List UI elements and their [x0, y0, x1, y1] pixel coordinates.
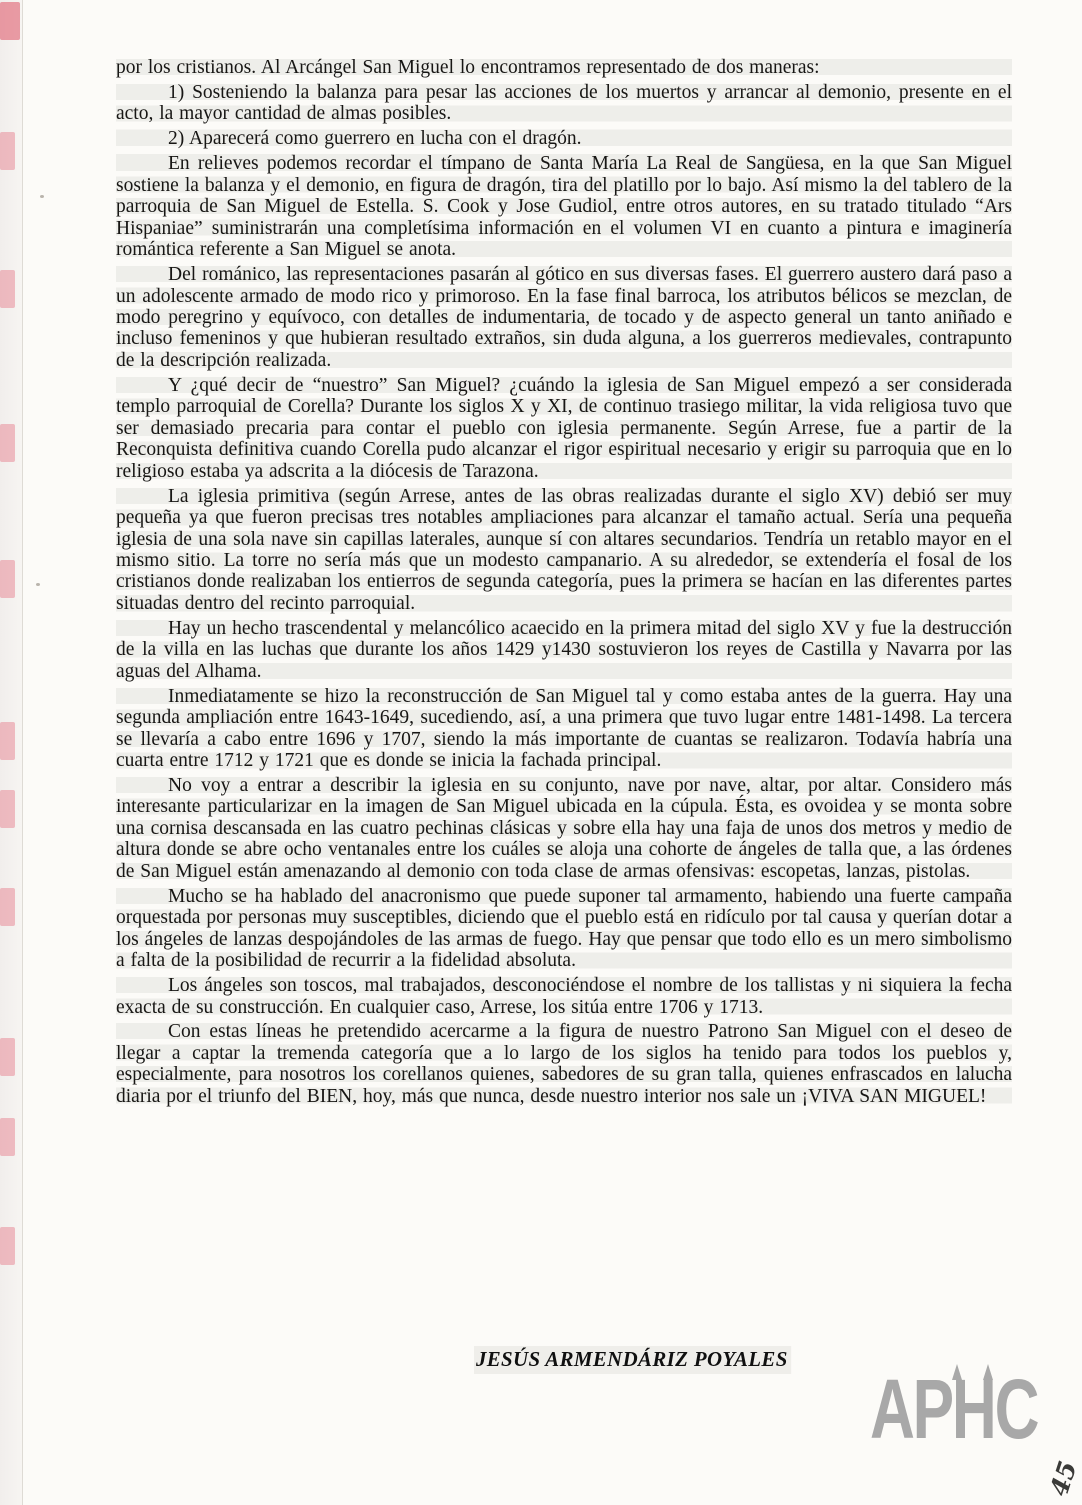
paragraph: Y ¿qué decir de “nuestro” San Miguel? ¿c…	[116, 375, 1012, 482]
watermark-spire-icon	[952, 1364, 962, 1380]
paragraph: Los ángeles son toscos, mal trabajados, …	[116, 975, 1012, 1018]
scan-edge-mark	[0, 1118, 15, 1156]
paragraph: 2) Aparecerá como guerrero en lucha con …	[116, 128, 1012, 149]
scan-edge-mark	[0, 1227, 15, 1265]
scan-edge-mark	[0, 132, 15, 170]
handwritten-page-number: 45	[1044, 1457, 1082, 1499]
paragraph: No voy a entrar a describir la iglesia e…	[116, 775, 1012, 882]
scan-edge-mark	[0, 790, 15, 828]
scan-edge-mark	[0, 1038, 15, 1076]
paragraph: por los cristianos. Al Arcángel San Migu…	[116, 57, 1012, 78]
body-text: por los cristianos. Al Arcángel San Migu…	[116, 57, 1012, 1111]
paragraph: 1) Sosteniendo la balanza para pesar las…	[116, 82, 1012, 125]
scanned-document-page: por los cristianos. Al Arcángel San Migu…	[0, 0, 1082, 1505]
watermark-aphc: APHC	[870, 1376, 1037, 1442]
paragraph: Mucho se ha hablado del anacronismo que …	[116, 886, 1012, 972]
paragraph: Con estas líneas he pretendido acercarme…	[116, 1021, 1012, 1107]
paragraph: Hay un hecho trascendental y melancólico…	[116, 618, 1012, 682]
scan-edge-mark	[0, 424, 15, 462]
scan-edge-mark	[0, 722, 15, 760]
scan-speck	[36, 583, 40, 586]
signature: JESÚS ARMENDÁRIZ POYALES	[474, 1346, 792, 1374]
paragraph: Del románico, las representaciones pasar…	[116, 264, 1012, 371]
paragraph: Inmediatamente se hizo la reconstrucción…	[116, 686, 1012, 772]
scan-edge-mark	[0, 888, 15, 926]
watermark-spire-icon	[983, 1364, 993, 1380]
paragraph: La iglesia primitiva (según Arrese, ante…	[116, 486, 1012, 615]
scan-speck	[40, 195, 44, 198]
scan-edge-mark	[0, 560, 15, 598]
scan-edge-mark	[0, 2, 20, 40]
paragraph: En relieves podemos recordar el tímpano …	[116, 153, 1012, 260]
scan-edge-mark	[0, 270, 15, 308]
